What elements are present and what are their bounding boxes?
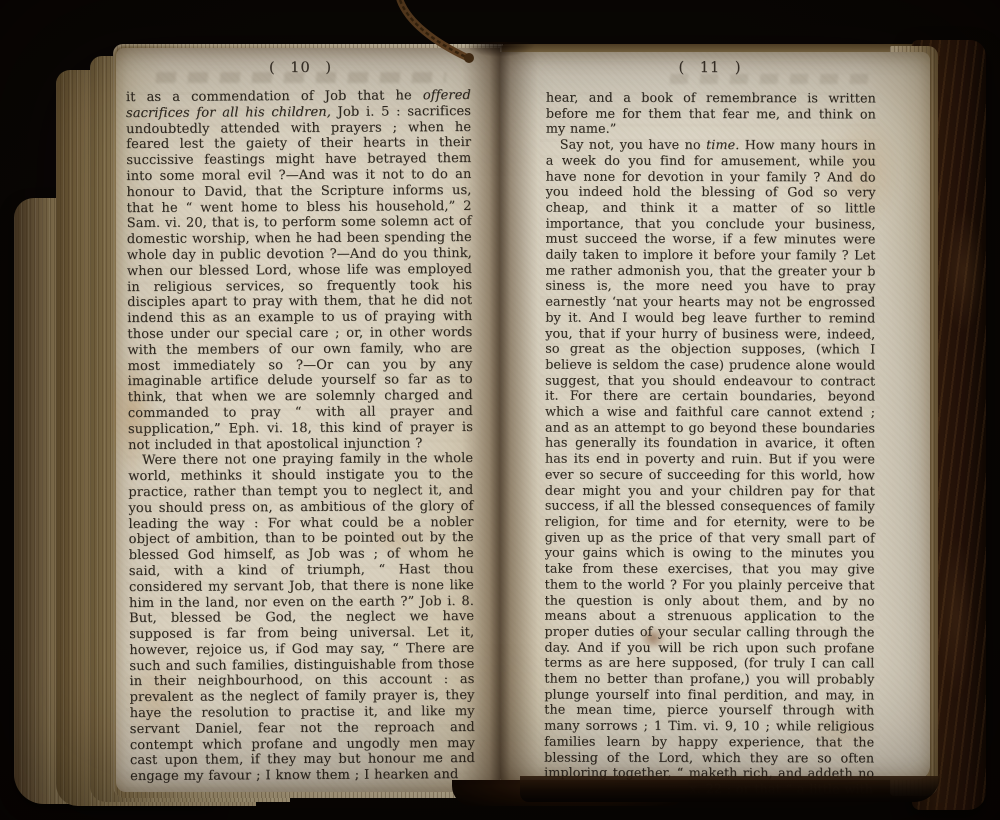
italic-text-segment: time. — [706, 137, 739, 152]
left-page-text: it as a commendation of Job that he offe… — [126, 88, 475, 785]
paragraph: hear, and a book of remembrance is writt… — [546, 90, 876, 138]
bookmark-cord — [350, 0, 520, 72]
text-segment: it as a commendation of Job that he — [126, 88, 423, 105]
cord-knot — [464, 53, 474, 63]
right-page: ( 11 ) hear, and a book of remembrance i… — [500, 52, 930, 780]
open-book: ( 10 ) it as a commendation of Job that … — [0, 0, 1000, 820]
text-segment: Say not, you have no — [560, 137, 706, 152]
photo-background: ( 10 ) it as a commendation of Job that … — [0, 0, 1000, 820]
text-segment: hear, and a book of remembrance is writt… — [546, 90, 876, 137]
bottom-cover-edge — [520, 776, 940, 802]
paragraph: Were there not one praying family in the… — [128, 451, 475, 785]
paragraph: it as a commendation of Job that he offe… — [126, 88, 473, 453]
left-page: ( 10 ) it as a commendation of Job that … — [116, 48, 500, 792]
text-segment: How many hours in a week do you find for… — [544, 137, 876, 796]
paragraph: Say not, you have no time. How many hour… — [544, 137, 876, 797]
right-page-text: hear, and a book of remembrance is writt… — [544, 90, 876, 798]
text-segment: Job i. 5 : sacrifices undoubtedly attend… — [126, 104, 473, 453]
right-page-number: ( 11 ) — [545, 60, 875, 76]
text-segment: Were there not one praying family in the… — [128, 451, 475, 784]
